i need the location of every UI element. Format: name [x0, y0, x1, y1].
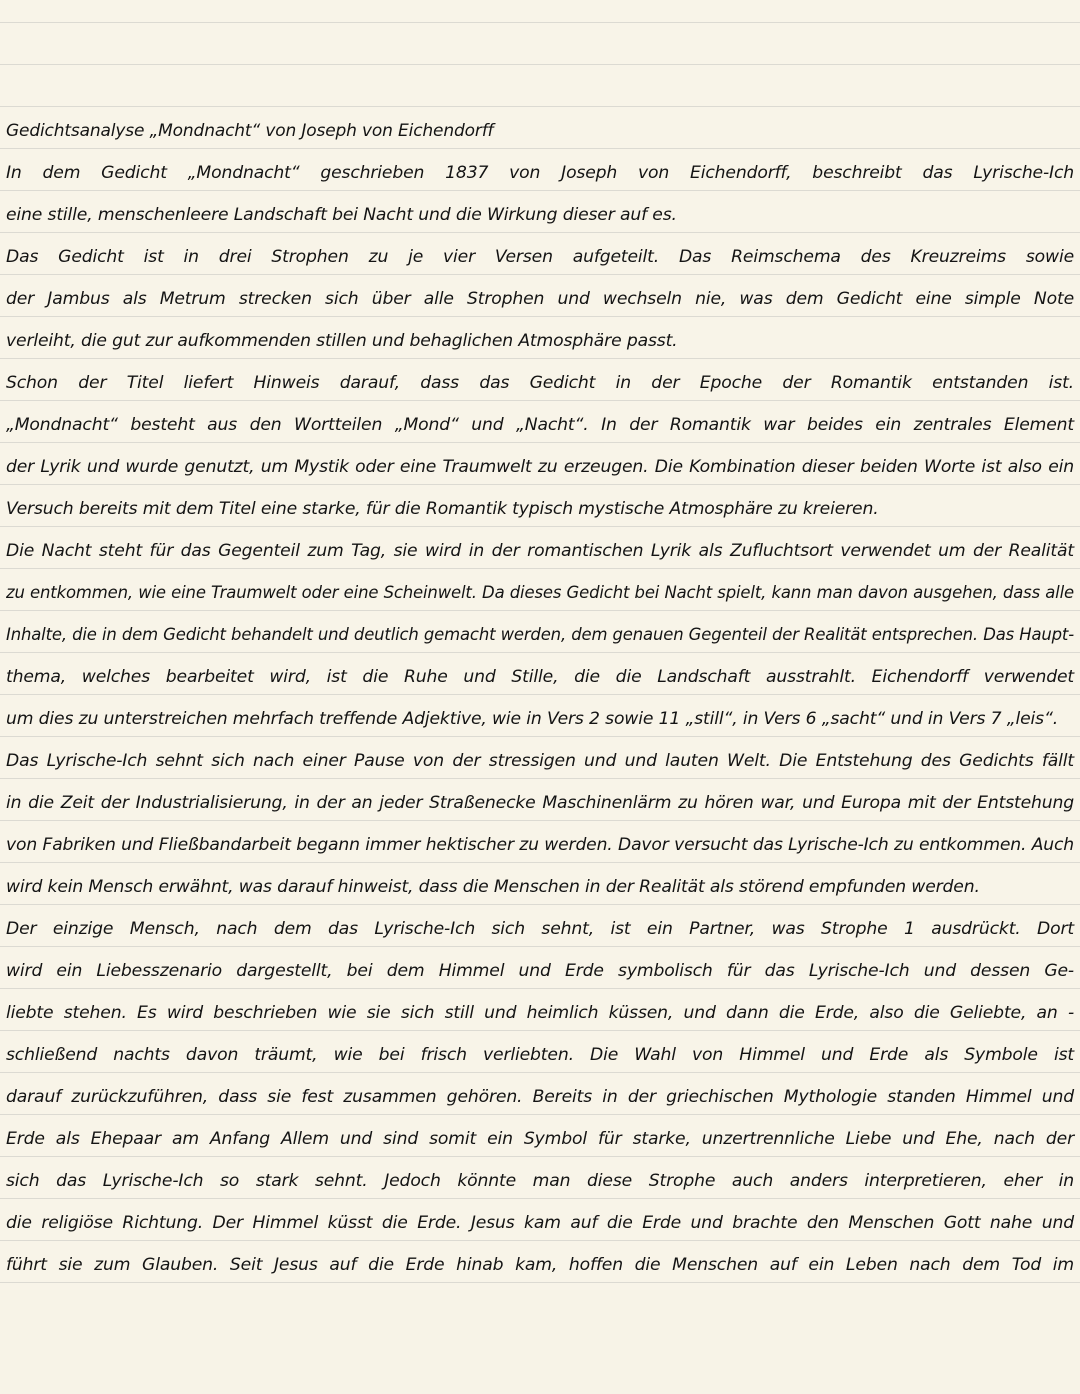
text-line: Versuch bereits mit dem Titel eine stark…: [6, 491, 1074, 533]
text-line: Erde als Ehepaar am Anfang Allem und sin…: [6, 1121, 1074, 1163]
text-line: darauf zurückzuführen, dass sie fest zus…: [6, 1079, 1074, 1121]
text-line: um dies zu unterstreichen mehrfach treff…: [6, 701, 1074, 743]
text-line: liebte stehen. Es wird beschrieben wie s…: [6, 995, 1074, 1037]
document-title: Gedichtsanalyse „Mondnacht“ von Joseph v…: [6, 113, 1074, 155]
blank-page-area: [0, 1290, 1080, 1394]
text-line: Das Gedicht ist in drei Strophen zu je v…: [6, 239, 1074, 281]
text-line: wird kein Mensch erwähnt, was darauf hin…: [6, 869, 1074, 911]
text-line: In dem Gedicht „Mondnacht“ geschrieben 1…: [6, 155, 1074, 197]
text-line: thema, welches bearbeitet wird, ist die …: [6, 659, 1074, 701]
text-line: wird ein Liebesszenario dargestellt, bei…: [6, 953, 1074, 995]
text-line: in die Zeit der Industrialisierung, in d…: [6, 785, 1074, 827]
text-line: sich das Lyrische-Ich so stark sehnt. Je…: [6, 1163, 1074, 1205]
text-line: Der einzige Mensch, nach dem das Lyrisch…: [6, 911, 1074, 953]
text-line: verleiht, die gut zur aufkommenden still…: [6, 323, 1074, 365]
handwritten-text-body: Gedichtsanalyse „Mondnacht“ von Joseph v…: [6, 113, 1074, 1289]
text-line: von Fabriken und Fließbandarbeit begann …: [6, 827, 1074, 869]
text-line: schließend nachts davon träumt, wie bei …: [6, 1037, 1074, 1079]
notebook-page: Gedichtsanalyse „Mondnacht“ von Joseph v…: [0, 0, 1080, 1394]
text-line: Die Nacht steht für das Gegenteil zum Ta…: [6, 533, 1074, 575]
text-line: „Mondnacht“ besteht aus den Wortteilen „…: [6, 407, 1074, 449]
text-line: eine stille, menschenleere Landschaft be…: [6, 197, 1074, 239]
text-line: zu entkommen, wie eine Traumwelt oder ei…: [6, 575, 1074, 617]
text-line: der Lyrik und wurde genutzt, um Mystik o…: [6, 449, 1074, 491]
text-line: die religiöse Richtung. Der Himmel küsst…: [6, 1205, 1074, 1247]
text-line: Schon der Titel liefert Hinweis darauf, …: [6, 365, 1074, 407]
text-line: führt sie zum Glauben. Seit Jesus auf di…: [6, 1247, 1074, 1289]
text-line: der Jambus als Metrum strecken sich über…: [6, 281, 1074, 323]
text-line: Inhalte, die in dem Gedicht behandelt un…: [6, 617, 1074, 659]
text-line: Das Lyrische-Ich sehnt sich nach einer P…: [6, 743, 1074, 785]
